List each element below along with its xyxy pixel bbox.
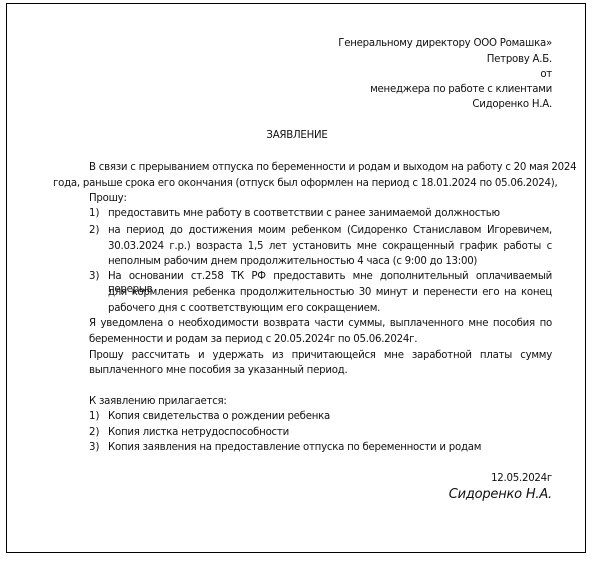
attachment-item: Копия заявления на предоставление отпуск… — [108, 441, 481, 454]
request-3-line: для кормления ребенка продолжительностью… — [108, 286, 552, 299]
from-word: от — [540, 68, 552, 81]
request-3-line: рабочего дня с соответствующим его сокра… — [108, 302, 380, 315]
intro-line-2: года, раньше срока его окончания (отпуск… — [53, 177, 557, 190]
notice-line: беременности и родам за период с 20.05.2… — [89, 333, 417, 346]
document-date: 12.05.2024г — [491, 472, 552, 485]
sender-position: менеджера по работе с клиентами — [370, 83, 552, 96]
attachment-item: Копия свидетельства о рождении ребенка — [108, 410, 330, 423]
request-2-line: на период до достижения моим ребенком (С… — [108, 224, 552, 237]
intro-line-1: В связи с прерыванием отпуска по беремен… — [89, 161, 576, 174]
notice-line: Я уведомлена о необходимости возврата ча… — [89, 317, 552, 330]
request-number: 1) — [89, 207, 99, 220]
attachment-number: 2) — [89, 426, 99, 439]
deduction-line: Прошу рассчитать и удержать из причитающ… — [89, 349, 552, 362]
sender-name: Сидоренко Н.А. — [472, 98, 552, 111]
request-1-line: предоставить мне работу в соответствии с… — [108, 207, 500, 220]
attachment-number: 1) — [89, 410, 99, 423]
document-title: ЗАЯВЛЕНИЕ — [0, 129, 594, 142]
request-2-line: неполным рабочим днем продолжительностью… — [108, 255, 477, 268]
attachment-number: 3) — [89, 441, 99, 454]
attachment-item: Копия листка нетрудоспособности — [108, 426, 289, 439]
request-2-line: 30.03.2024 г.р.) возраста 1,5 лет устано… — [108, 240, 552, 253]
signature: Сидоренко Н.А. — [449, 487, 552, 502]
request-word: Прошу: — [89, 192, 127, 205]
request-number: 3) — [89, 270, 99, 283]
deduction-line: выплаченного мне пособия за указанный пе… — [89, 364, 347, 377]
addressee-name: Петрову А.Б. — [487, 53, 552, 66]
attachments-heading: К заявлению прилагается: — [89, 395, 227, 408]
addressee-line: Генеральному директору ООО Ромашка» — [338, 37, 552, 50]
request-number: 2) — [89, 224, 99, 237]
